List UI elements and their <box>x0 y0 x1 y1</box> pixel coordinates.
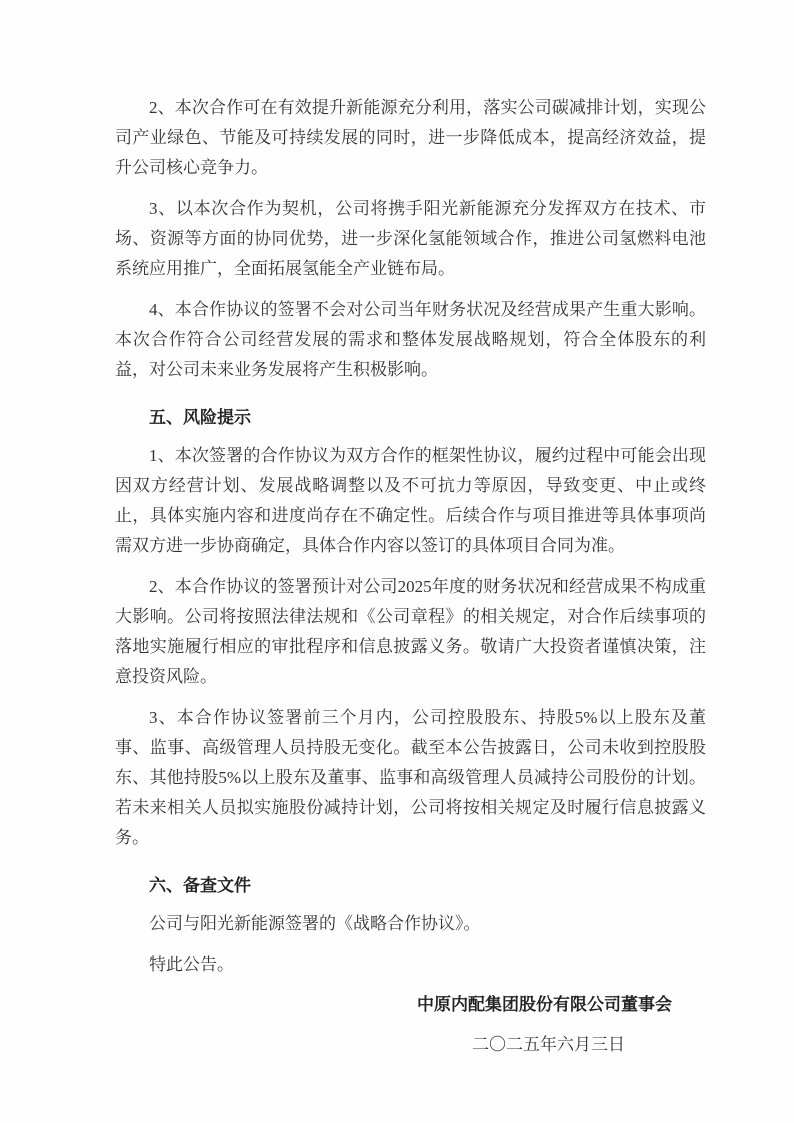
paragraph-cooperation-benefit: 2、本次合作可在有效提升新能源充分利用，落实公司碳减排计划，实现公司产业绿色、节… <box>115 93 706 183</box>
paragraph-financial-impact: 4、本合作协议的签署不会对公司当年财务状况及经营成果产生重大影响。本次合作符合公… <box>115 295 706 385</box>
paragraph-cooperation-opportunity: 3、以本次合作为契机，公司将携手阳光新能源充分发挥双方在技术、市场、资源等方面的… <box>115 194 706 284</box>
paragraph-announcement-closing: 特此公告。 <box>115 950 706 980</box>
risk-paragraph-2025-impact: 2、本合作协议的签署预计对公司2025年度的财务状况和经营成果不构成重大影响。公… <box>115 572 706 692</box>
signature-date: 二〇二五年六月三日 <box>115 1030 706 1060</box>
document-body: 2、本次合作可在有效提升新能源充分利用，落实公司碳减排计划，实现公司产业绿色、节… <box>0 0 794 1060</box>
section-heading-reference-documents: 六、备查文件 <box>115 871 706 901</box>
paragraph-reference-document: 公司与阳光新能源签署的《战略合作协议》。 <box>115 909 706 939</box>
signature-company-name: 中原内配集团股份有限公司董事会 <box>115 990 706 1020</box>
signature-block: 中原内配集团股份有限公司董事会 二〇二五年六月三日 <box>115 990 706 1060</box>
document-page: 2、本次合作可在有效提升新能源充分利用，落实公司碳减排计划，实现公司产业绿色、节… <box>0 0 794 1123</box>
section-heading-risk-notice: 五、风险提示 <box>115 403 706 433</box>
risk-paragraph-shareholding: 3、本合作协议签署前三个月内，公司控股股东、持股5%以上股东及董事、监事、高级管… <box>115 703 706 853</box>
risk-paragraph-framework: 1、本次签署的合作协议为双方合作的框架性协议，履约过程中可能会出现因双方经营计划… <box>115 441 706 561</box>
